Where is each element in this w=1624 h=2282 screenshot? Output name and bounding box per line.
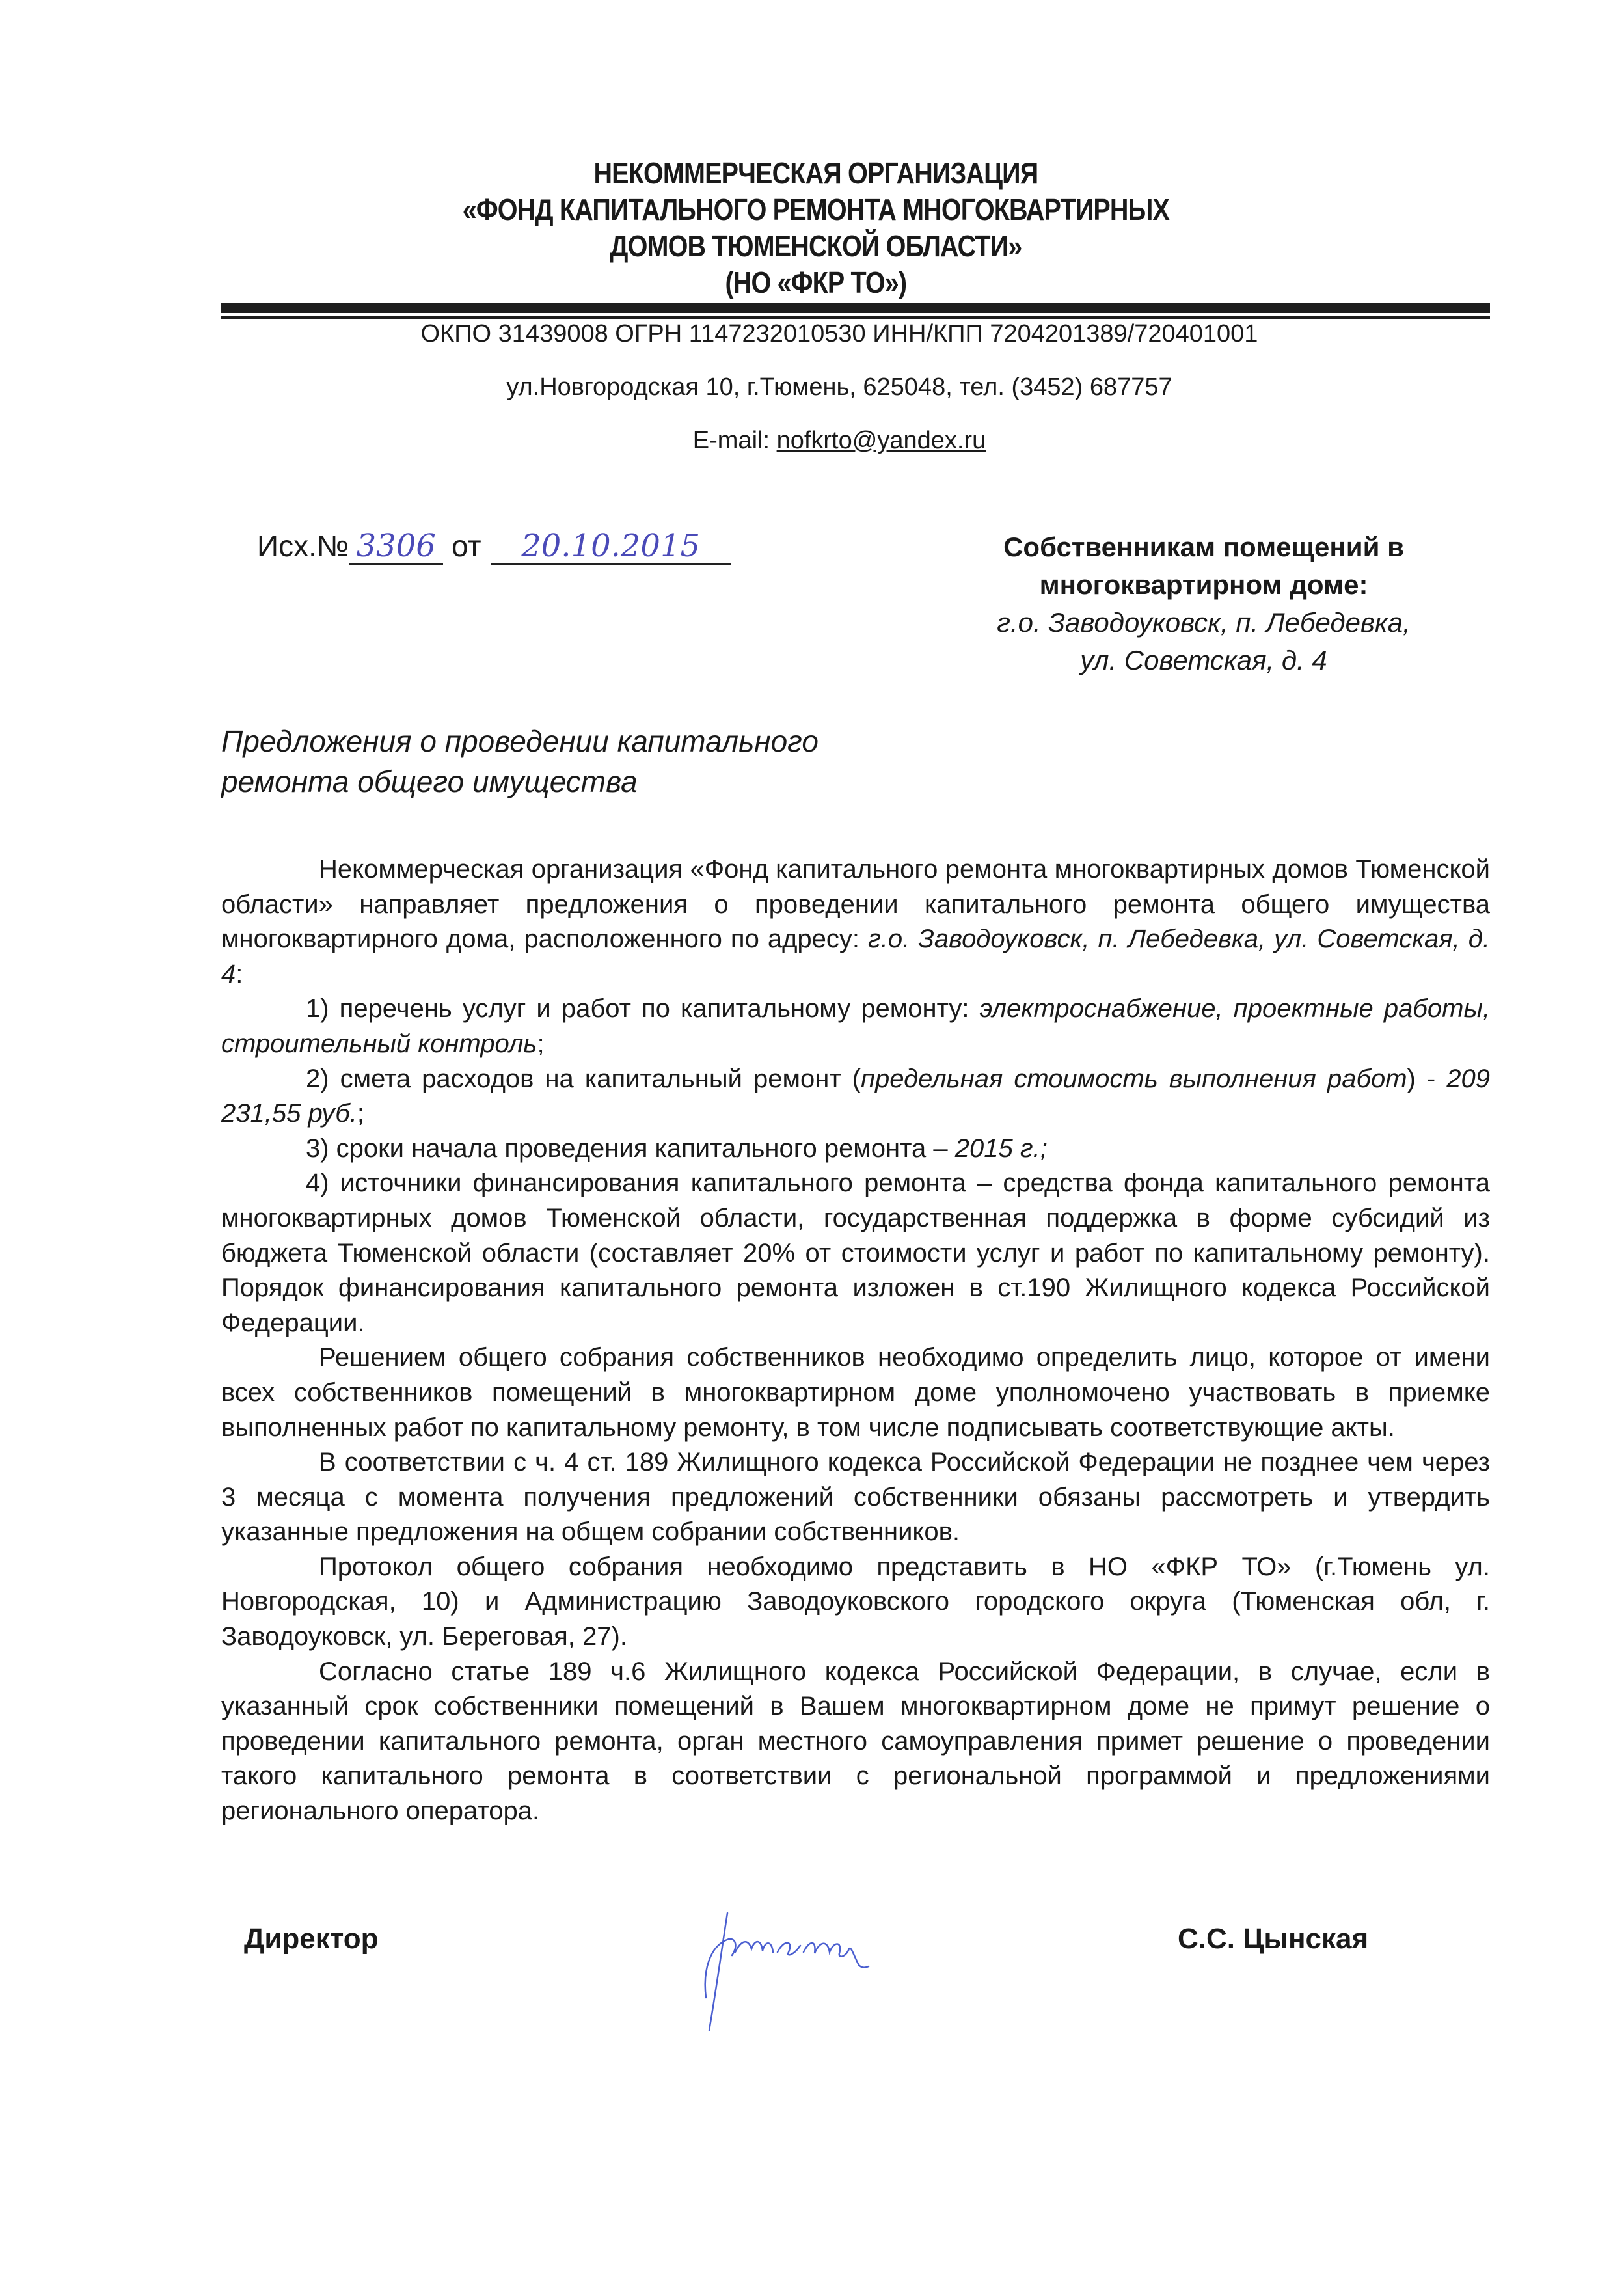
signatory-name: С.С. Цынская: [1178, 1923, 1368, 1955]
outgoing-prefix: Исх.№: [257, 529, 349, 563]
outgoing-number-handwritten: 3306: [349, 530, 443, 565]
recipient-line-2: многоквартирном доме:: [924, 566, 1483, 604]
item-2-end: ;: [357, 1099, 364, 1128]
item-4: 4) источники финансирования капитального…: [221, 1166, 1490, 1340]
org-name-line-3: ДОМОВ ТЮМЕНСКОЙ ОБЛАСТИ»: [118, 228, 1515, 264]
item-2-cost-label: предельная стоимость выполнения работ: [861, 1065, 1407, 1093]
letter-body: Некоммерческая организация «Фонд капитал…: [221, 852, 1490, 1829]
signatory-title: Директор: [244, 1923, 379, 1955]
intro-paragraph: Некоммерческая организация «Фонд капитал…: [221, 852, 1490, 992]
letter-subject: Предложения о проведении капитального ре…: [221, 721, 1067, 802]
recipient-address-line-2: ул. Советская, д. 4: [924, 642, 1483, 679]
org-email-line: E-mail: nofkrto@yandex.ru: [0, 427, 1624, 455]
letterhead-divider-thick: [221, 303, 1490, 313]
outgoing-reference: Исх.№3306 от20.10.2015: [257, 528, 731, 565]
item-2: 2) смета расходов на капитальный ремонт …: [221, 1062, 1490, 1132]
outgoing-from-label: от: [452, 529, 481, 563]
recipient-block: Собственникам помещений в многоквартирно…: [924, 528, 1483, 679]
org-name-line-2: «ФОНД КАПИТАЛЬНОГО РЕМОНТА МНОГОКВАРТИРН…: [118, 191, 1515, 228]
decision-paragraph: Решением общего собрания собственников н…: [221, 1340, 1490, 1445]
item-2-text: 2) смета расходов на капитальный ремонт …: [306, 1065, 861, 1093]
subject-line-2: ремонта общего имущества: [221, 761, 1067, 802]
subject-line-1: Предложения о проведении капитального: [221, 721, 1067, 761]
email-label: E-mail:: [693, 427, 777, 454]
handwritten-signature-icon: [644, 1900, 982, 2043]
org-name-line-1: НЕКОММЕРЧЕСКАЯ ОРГАНИЗАЦИЯ: [118, 155, 1515, 191]
recipient-address-line-1: г.о. Заводоуковск, п. Лебедевка,: [924, 604, 1483, 642]
recipient-line-1: Собственникам помещений в: [924, 528, 1483, 566]
item-1: 1) перечень услуг и работ по капитальном…: [221, 992, 1490, 1061]
org-address: ул.Новгородская 10, г.Тюмень, 625048, те…: [0, 374, 1624, 401]
org-requisites: ОКПО 31439008 ОГРН 1147232010530 ИНН/КПП…: [0, 320, 1624, 348]
item-3-year: 2015 г.;: [955, 1134, 1048, 1163]
deadline-paragraph: В соответствии с ч. 4 ст. 189 Жилищного …: [221, 1445, 1490, 1550]
outgoing-date-handwritten: 20.10.2015: [491, 530, 731, 565]
item-1-text: 1) перечень услуг и работ по капитальном…: [306, 994, 980, 1023]
protocol-paragraph: Протокол общего собрания необходимо пред…: [221, 1550, 1490, 1655]
email-link[interactable]: nofkrto@yandex.ru: [777, 427, 986, 454]
item-3-text: 3) сроки начала проведения капитального …: [306, 1134, 955, 1163]
intro-end: :: [236, 960, 243, 988]
letterhead-divider-thin: [221, 316, 1490, 319]
item-2-mid: ) -: [1407, 1065, 1447, 1093]
org-short-name: (НО «ФКР ТО»): [118, 264, 1515, 301]
consequence-paragraph: Согласно статье 189 ч.6 Жилищного кодекс…: [221, 1655, 1490, 1829]
item-3: 3) сроки начала проведения капитального …: [221, 1132, 1490, 1167]
item-1-end: ;: [537, 1029, 544, 1058]
